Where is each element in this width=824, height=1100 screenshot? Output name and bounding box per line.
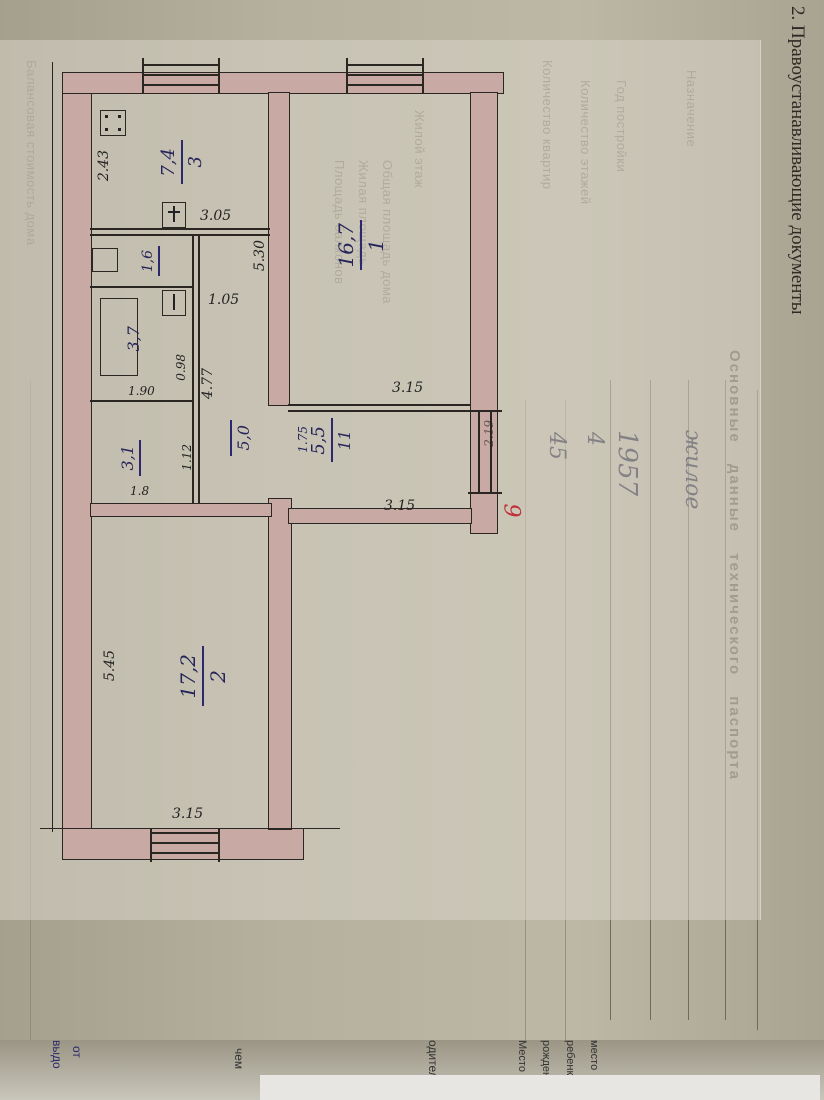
- dim-room1-length: 5.30: [252, 240, 268, 271]
- wall-outer-left: [62, 72, 92, 832]
- room-3-label: 7,4 3: [158, 140, 206, 184]
- wall-room2-top: [90, 503, 272, 517]
- sink-icon: [162, 202, 186, 228]
- room-2-label: 17,2 2: [176, 646, 230, 706]
- fragment-text: выдо: [50, 1040, 64, 1069]
- window-room1: [346, 58, 424, 94]
- stove-icon: [100, 110, 126, 136]
- room-1-label: 16,7 1: [334, 220, 388, 270]
- wall-room11-bottom: [288, 508, 472, 524]
- partition-bath: [90, 286, 194, 288]
- dim-balcony-length: 1.75: [296, 426, 310, 453]
- section-heading: 2. Правоустанавливающие документы: [786, 6, 808, 315]
- room-11-label: 5,5 11: [308, 418, 354, 462]
- wall-outer-top: [62, 72, 504, 94]
- room-7-label: 5,0: [230, 420, 253, 456]
- fragment-text: рожден: [540, 1040, 552, 1078]
- dim-bath-length: 1.90: [128, 384, 155, 398]
- dim-bath-width: 0.98: [174, 354, 188, 381]
- fragment-text: одител: [426, 1040, 440, 1079]
- room-5-label: 1,6: [140, 246, 160, 276]
- dim-line: [52, 62, 53, 832]
- partition-kitchen: [90, 234, 270, 236]
- white-sheet-edge: [260, 1075, 820, 1100]
- dim-wc-width: 1.12: [180, 444, 194, 471]
- dim-wc-length: 1.8: [130, 484, 149, 498]
- room-6-label: 3,1: [118, 440, 141, 476]
- tracing-paper: [0, 40, 761, 920]
- dim-kitchen-length: 2.43: [96, 150, 112, 181]
- dim-kitchen-width: 3.05: [200, 208, 231, 224]
- wall-room1-left: [268, 92, 290, 406]
- fragment-text: Место: [516, 1040, 528, 1072]
- fragment-text: чем: [232, 1048, 246, 1069]
- wall-room2-right: [268, 498, 292, 830]
- room-4-label: 3,7: [124, 326, 143, 351]
- partition-room1: [288, 404, 470, 406]
- fragment-text: ребенк: [564, 1040, 576, 1075]
- dim-hall-length: 4.77: [200, 368, 216, 399]
- fragment-text: от: [70, 1046, 84, 1058]
- window-room2: [150, 828, 220, 862]
- partition-kitchen: [90, 228, 270, 230]
- dim-room2-length: 5.45: [102, 650, 118, 681]
- dim-corridor-width: 1.05: [208, 292, 239, 308]
- toilet-icon: [92, 248, 118, 272]
- red-mark: 9: [499, 504, 524, 518]
- dim-room2-width: 3.15: [172, 806, 203, 822]
- fragment-text: место: [588, 1040, 600, 1070]
- window-kitchen: [142, 58, 220, 94]
- partition-wc: [90, 400, 194, 402]
- dim-room11-width: 3.15: [384, 498, 415, 514]
- washbasin-icon: [162, 290, 186, 316]
- partition-room1: [288, 410, 470, 412]
- dim-line: [40, 828, 340, 829]
- dim-room1-width: 3.15: [392, 380, 423, 396]
- dim-corner-mark: 2.19: [482, 420, 496, 447]
